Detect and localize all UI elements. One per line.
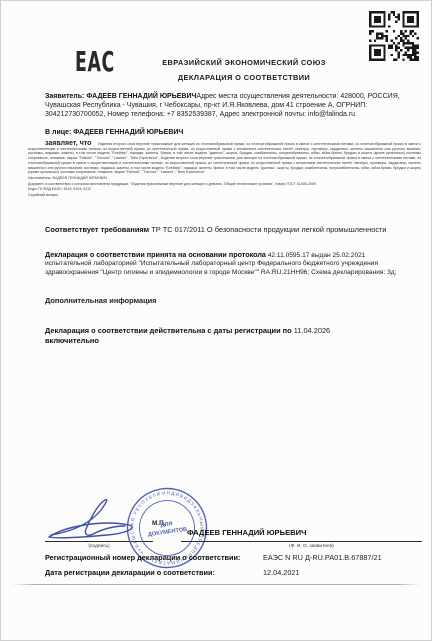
declaration-document: ЕАС ЕВРАЗИЙСКИЙ ЭКОНОМИЧЕСКИЙ СОЮЗ ДЕКЛА…	[0, 0, 432, 641]
product-description-block: Изделия второго слоя верхние трикотажные…	[28, 142, 421, 199]
manufacturer-line: Изготовитель: ФАДЕЕВ ГЕННАДИЙ ЮРЬЕВИЧ	[28, 176, 421, 181]
stamp-center-line2: ДОКУМЕНТОВ	[148, 527, 188, 538]
registration-number-label: Регистрационный номер декларации о соотв…	[45, 553, 240, 562]
applicant-name: ФАДЕЕВ ГЕННАДИЙ ЮРЬЕВИЧ	[86, 93, 196, 100]
compliance-label: Соответствует требованиям	[45, 225, 149, 234]
declarant-fio: ФАДЕЕВ ГЕННАДИЙ ЮРЬЕВИЧ	[187, 528, 306, 537]
compliance-text: ТР ТС 017/2011 О безопасности продукции …	[151, 225, 386, 234]
compliance-paragraph: Соответствует требованиям ТР ТС 017/2011…	[45, 225, 397, 235]
eac-logo: ЕАС	[75, 45, 115, 78]
validity-date: 11.04.2026	[294, 326, 330, 335]
validity-paragraph: Декларация о соответствии действительна …	[45, 326, 351, 345]
basis-label: Декларация о соответствии принята на осн…	[45, 250, 266, 259]
in-person-label: В лице:	[45, 129, 71, 136]
registration-date-label: Дата регистрации декларации о соответств…	[45, 568, 215, 577]
applicant-label: Заявитель:	[45, 93, 84, 100]
bottom-divider	[11, 584, 421, 585]
qr-code-icon	[369, 11, 419, 61]
product-description: Изделия второго слоя верхние трикотажные…	[28, 142, 421, 175]
fio-caption: (Ф. И. О. заявителя)	[289, 544, 334, 549]
validity-label-before: Декларация о соответствии действительна …	[45, 326, 292, 335]
registration-number-value: ЕАЭС N RU Д-RU.РА01.В.67887/21	[263, 553, 382, 562]
validity-label-after: включительно	[45, 336, 99, 345]
codes-line: Коды ТН ВЭД ЕАЭС: 6110; 6104; 6112	[28, 187, 421, 192]
union-title: ЕВРАЗИЙСКИЙ ЭКОНОМИЧЕСКИЙ СОЮЗ	[119, 58, 369, 67]
registration-date-value: 12.04.2021	[263, 568, 300, 577]
in-person-line: В лице: ФАДЕЕВ ГЕННАДИЙ ЮРЬЕВИЧ	[45, 129, 419, 136]
release-line: Серийный выпуск,	[28, 193, 421, 198]
basis-paragraph: Декларация о соответствии принята на осн…	[45, 251, 413, 277]
in-person-name: ФАДЕЕВ ГЕННАДИЙ ЮРЬЕВИЧ	[73, 129, 183, 136]
document-line: Документ, в соответствии с которым изгот…	[28, 182, 421, 187]
doc-title: ДЕКЛАРАЦИЯ О СООТВЕТСТВИИ	[119, 73, 369, 82]
fio-line	[181, 541, 422, 542]
additional-info-label: Дополнительная информация	[45, 296, 156, 305]
applicant-paragraph: Заявитель: ФАДЕЕВ ГЕННАДИЙ ЮРЬЕВИЧАдрес …	[45, 92, 419, 119]
mp-label: М.П.	[152, 520, 165, 527]
